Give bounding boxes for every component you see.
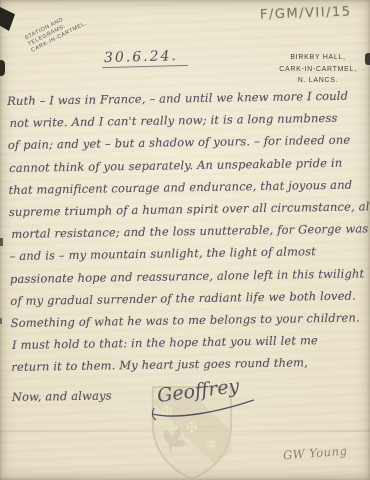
address-line: CARK-IN-CARTMEL, bbox=[270, 64, 366, 76]
telegrams-stamp: STATION AND TELEGRAMS: CARK-IN-CARTMEL. bbox=[24, 8, 89, 55]
cataloguer-note: GW Young bbox=[283, 444, 348, 462]
address-line: BIRKBY HALL, bbox=[270, 52, 366, 64]
letter-date: 30.6.24. bbox=[102, 48, 188, 68]
scan-artifact bbox=[0, 60, 5, 76]
letterhead-address: BIRKBY HALL, CARK-IN-CARTMEL, N. LANCS. bbox=[270, 52, 366, 87]
scan-artifact bbox=[0, 318, 2, 324]
signature-text: Geoffrey bbox=[156, 375, 241, 407]
archive-reference: F/GM/VII/15 bbox=[260, 4, 352, 22]
svg-text:❄: ❄ bbox=[206, 438, 218, 454]
scan-artifact bbox=[0, 7, 15, 31]
letter-page: F/GM/VII/15 STATION AND TELEGRAMS: CARK-… bbox=[0, 0, 370, 480]
handwriting-line: return it to them. My heart just goes ro… bbox=[11, 351, 370, 379]
scan-artifact bbox=[0, 238, 3, 246]
signature: Geoffrey bbox=[148, 378, 268, 424]
letter-body: Ruth – I was in France, – and until we k… bbox=[7, 84, 370, 407]
